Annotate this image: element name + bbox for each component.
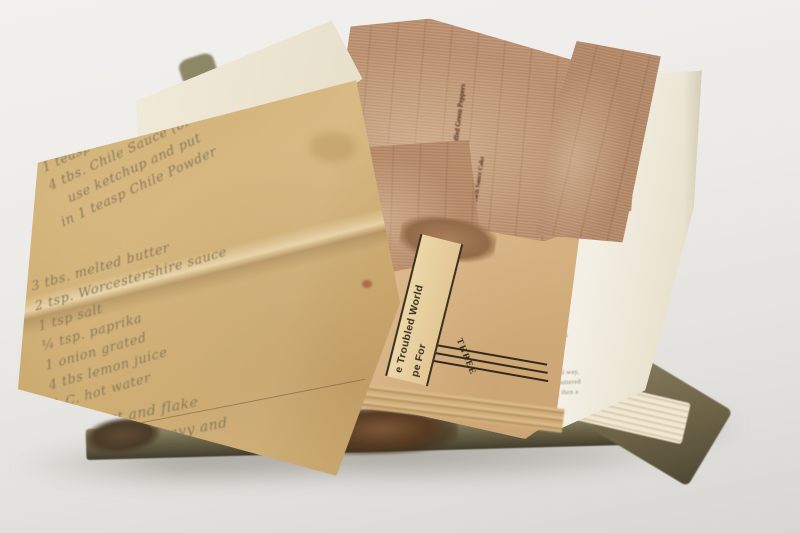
photo-scene: telling may be they are there tell is gi… (0, 0, 800, 533)
stain-spot (362, 280, 372, 288)
stain-spot (310, 132, 356, 162)
recipe-card: Barbecue Sauce 1 teasp mustard (dry) 4 t… (10, 72, 408, 484)
clipping-headline: Stuffed Green Peppers (452, 84, 467, 150)
